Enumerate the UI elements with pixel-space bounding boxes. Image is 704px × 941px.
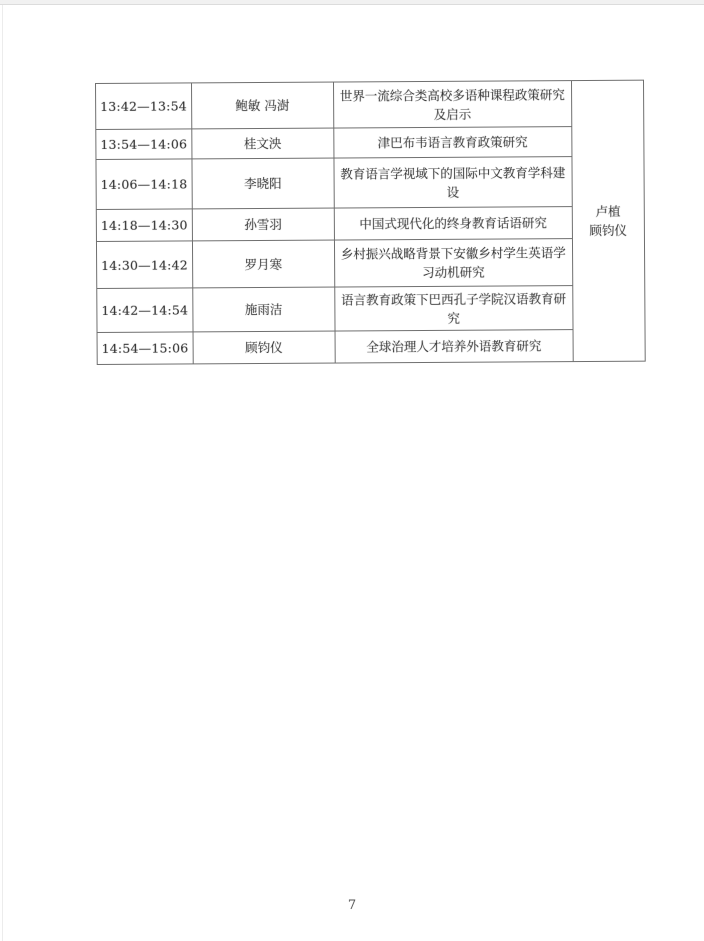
title-cell: 教育语言学视域下的国际中文教育学科建设 (334, 157, 572, 208)
presenter-cell: 顾钧仪 (193, 331, 335, 364)
document-page: 13:42—13:54 鲍敏 冯澍 世界一流综合类高校多语种课程政策研究及启示 … (0, 0, 704, 941)
presenter-cell: 桂文泱 (192, 128, 334, 159)
title-cell: 中国式现代化的终身教育话语研究 (334, 207, 572, 240)
time-cell: 14:54—15:06 (97, 332, 193, 365)
conference-schedule-table: 13:42—13:54 鲍敏 冯澍 世界一流综合类高校多语种课程政策研究及启示 … (95, 80, 645, 365)
table-row: 13:54—14:06 桂文泱 津巴布韦语言教育政策研究 (96, 126, 644, 159)
time-cell: 13:54—14:06 (96, 129, 192, 160)
time-cell: 14:06—14:18 (96, 159, 192, 210)
presenter-cell: 鲍敏 冯澍 (191, 82, 333, 129)
table-row: 14:30—14:42 罗月寒 乡村振兴战略背景下安徽乡村学生英语学习动机研究 (96, 238, 644, 288)
scan-edge-top (0, 0, 704, 5)
presenter-cell: 罗月寒 (192, 240, 334, 288)
scan-edge-left (2, 5, 3, 941)
presenter-cell: 李晓阳 (192, 158, 334, 209)
table-row: 13:42—13:54 鲍敏 冯澍 世界一流综合类高校多语种课程政策研究及启示 … (96, 80, 644, 129)
title-cell: 语言教育政策下巴西孔子学院汉语教育研究 (335, 286, 573, 331)
presenter-cell: 施雨洁 (193, 287, 335, 332)
chair-name-line2: 顾钧仪 (577, 221, 640, 240)
time-cell: 13:42—13:54 (96, 83, 192, 130)
time-cell: 14:18—14:30 (96, 209, 192, 242)
table-row: 14:18—14:30 孙雪羽 中国式现代化的终身教育话语研究 (96, 206, 644, 241)
time-cell: 14:42—14:54 (97, 288, 193, 333)
presenter-cell: 孙雪羽 (192, 208, 334, 241)
chair-name-line1: 卢植 (576, 202, 639, 221)
title-cell: 全球治理人才培养外语教育研究 (335, 330, 573, 363)
table-row: 14:54—15:06 顾钧仪 全球治理人才培养外语教育研究 (97, 329, 645, 364)
table-row: 14:06—14:18 李晓阳 教育语言学视域下的国际中文教育学科建设 (96, 156, 644, 209)
title-cell: 世界一流综合类高校多语种课程政策研究及启示 (333, 81, 571, 128)
title-cell: 乡村振兴战略背景下安徽乡村学生英语学习动机研究 (334, 239, 572, 287)
time-cell: 14:30—14:42 (96, 241, 192, 289)
title-cell: 津巴布韦语言教育政策研究 (334, 127, 572, 158)
table-row: 14:42—14:54 施雨洁 语言教育政策下巴西孔子学院汉语教育研究 (97, 285, 645, 332)
chair-cell: 卢植 顾钧仪 (571, 80, 645, 361)
page-number: 7 (0, 898, 704, 913)
